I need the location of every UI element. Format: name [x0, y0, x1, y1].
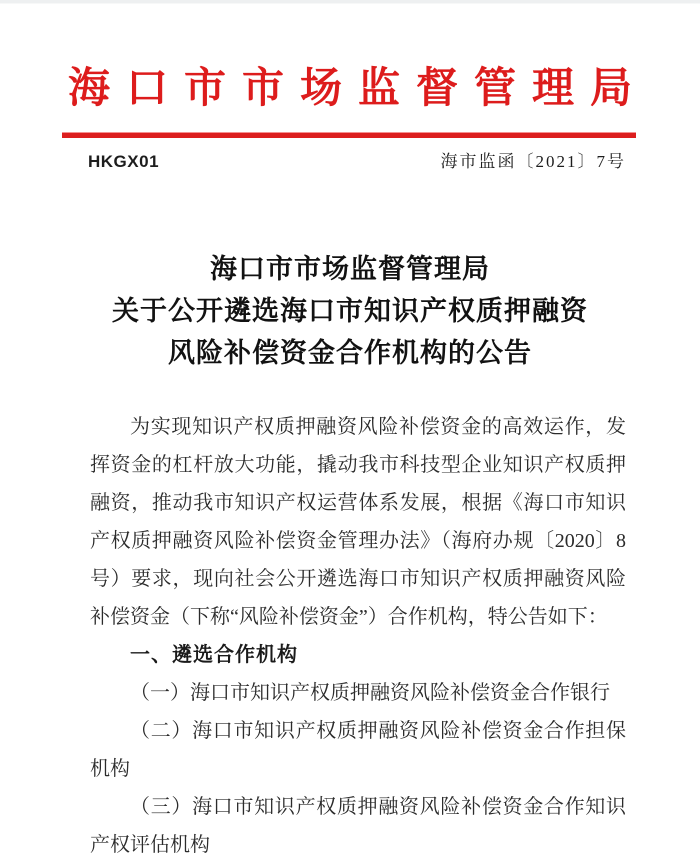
document-meta-row: HKGX01 海市监函〔2021〕7号 [88, 147, 626, 172]
list-item: （一）海口市知识产权质押融资风险补偿资金合作银行 [90, 674, 626, 712]
section-heading: 一、遴选合作机构 [90, 636, 626, 674]
doc-code: HKGX01 [88, 152, 159, 172]
notice-title-line1: 海口市市场监督管理局 [0, 248, 700, 290]
doc-number: 海市监函〔2021〕7号 [441, 147, 627, 172]
list-item: （二）海口市知识产权质押融资风险补偿资金合作担保机构 [90, 712, 626, 788]
notice-title-line2: 关于公开遴选海口市知识产权质押融资 [0, 290, 700, 332]
list-item: （三）海口市知识产权质押融资风险补偿资金合作知识产权评估机构 [90, 788, 626, 864]
document-page: 海口市市场监督管理局 HKGX01 海市监函〔2021〕7号 海口市市场监督管理… [0, 0, 700, 864]
page-top-edge [0, 0, 700, 4]
red-separator-rule [62, 132, 636, 138]
body-paragraph: 为实现知识产权质押融资风险补偿资金的高效运作，发挥资金的杠杆放大功能，撬动我市科… [90, 408, 626, 636]
notice-body: 为实现知识产权质押融资风险补偿资金的高效运作，发挥资金的杠杆放大功能，撬动我市科… [90, 408, 626, 864]
letterhead-title: 海口市市场监督管理局 [0, 64, 700, 114]
notice-title-line3: 风险补偿资金合作机构的公告 [0, 332, 700, 374]
notice-title: 海口市市场监督管理局 关于公开遴选海口市知识产权质押融资 风险补偿资金合作机构的… [0, 248, 700, 374]
